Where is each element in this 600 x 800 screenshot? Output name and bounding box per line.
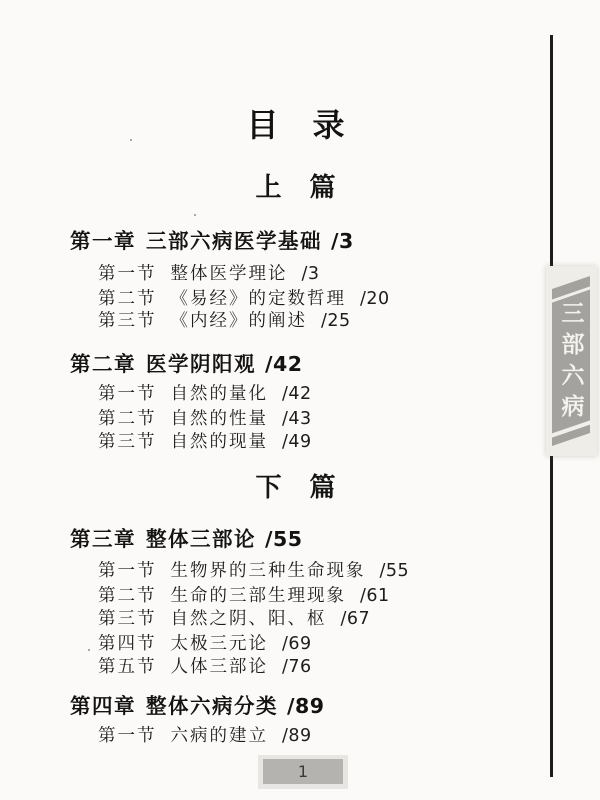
section-title: 整体医学理论 bbox=[171, 264, 288, 284]
book-title-banner: 三部六病 bbox=[552, 276, 590, 446]
section-page-ref: /61 bbox=[360, 586, 390, 606]
section-row: 第四节太极三元论/69 bbox=[98, 634, 312, 655]
page-number-box: 1 bbox=[258, 755, 348, 789]
section-title: 人体三部论 bbox=[171, 657, 269, 677]
section-title: 生物界的三种生命现象 bbox=[171, 561, 366, 581]
section-page-ref: /89 bbox=[282, 726, 312, 746]
section-label: 第三节 bbox=[98, 609, 157, 629]
book-title-banner-backing: 三部六病 bbox=[546, 266, 597, 456]
section-title: 生命的三部生理现象 bbox=[171, 586, 347, 606]
section-page-ref: /3 bbox=[302, 264, 320, 284]
section-label: 第三节 bbox=[98, 432, 157, 452]
section-title: 自然之阴、阳、枢 bbox=[171, 609, 327, 629]
section-title: 自然的性量 bbox=[171, 409, 269, 429]
chapter-2-row: 第二章医学阴阳观/42 bbox=[70, 352, 303, 377]
book-title-vertical-text: 三部六病 bbox=[560, 301, 583, 425]
section-row: 第五节人体三部论/76 bbox=[98, 657, 312, 678]
section-label: 第四节 bbox=[98, 634, 157, 654]
page-title: 目 录 bbox=[0, 109, 592, 141]
section-page-ref: /49 bbox=[282, 432, 312, 452]
section-row: 第三节《内经》的阐述/25 bbox=[98, 311, 351, 332]
chapter-4-row: 第四章整体六病分类/89 bbox=[70, 694, 325, 719]
section-label: 第一节 bbox=[98, 264, 157, 284]
section-title: 太极三元论 bbox=[171, 634, 269, 654]
section-page-ref: /25 bbox=[321, 311, 351, 331]
section-title: 自然的现量 bbox=[171, 432, 269, 452]
section-page-ref: /20 bbox=[360, 289, 390, 309]
chapter-page-ref: /55 bbox=[265, 527, 303, 551]
chapter-title: 医学阴阳观 bbox=[146, 352, 256, 376]
chapter-title: 整体六病分类 bbox=[146, 694, 278, 718]
section-page-ref: /76 bbox=[282, 657, 312, 677]
part-2-heading: 下 篇 bbox=[0, 475, 592, 501]
section-label: 第一节 bbox=[98, 726, 157, 746]
chapter-title: 整体三部论 bbox=[146, 527, 256, 551]
section-label: 第二节 bbox=[98, 586, 157, 606]
chapter-label: 第二章 bbox=[70, 352, 136, 376]
section-label: 第五节 bbox=[98, 657, 157, 677]
section-label: 第二节 bbox=[98, 409, 157, 429]
page-number: 1 bbox=[263, 759, 343, 784]
section-title: 自然的量化 bbox=[171, 384, 269, 404]
chapter-label: 第四章 bbox=[70, 694, 136, 718]
section-row: 第一节六病的建立/89 bbox=[98, 726, 312, 747]
chapter-label: 第一章 bbox=[70, 229, 136, 253]
section-row: 第二节自然的性量/43 bbox=[98, 409, 312, 430]
section-title: 《易经》的定数哲理 bbox=[171, 289, 347, 309]
chapter-label: 第三章 bbox=[70, 527, 136, 551]
section-row: 第一节整体医学理论/3 bbox=[98, 264, 320, 285]
scan-speck bbox=[88, 649, 90, 651]
section-page-ref: /67 bbox=[341, 609, 371, 629]
chapter-page-ref: /42 bbox=[265, 352, 303, 376]
section-label: 第二节 bbox=[98, 289, 157, 309]
chapter-1-row: 第一章三部六病医学基础/3 bbox=[70, 229, 354, 254]
section-row: 第一节自然的量化/42 bbox=[98, 384, 312, 405]
chapter-page-ref: /89 bbox=[287, 694, 325, 718]
section-page-ref: /43 bbox=[282, 409, 312, 429]
section-title: 《内经》的阐述 bbox=[171, 311, 308, 331]
section-title: 六病的建立 bbox=[171, 726, 269, 746]
part-1-heading: 上 篇 bbox=[0, 175, 592, 201]
chapter-3-row: 第三章整体三部论/55 bbox=[70, 527, 303, 552]
section-row: 第一节生物界的三种生命现象/55 bbox=[98, 561, 409, 582]
chapter-page-ref: /3 bbox=[331, 229, 354, 253]
scanned-toc-page: 目 录 上 篇 第一章三部六病医学基础/3 第一节整体医学理论/3 第二节《易经… bbox=[0, 0, 600, 800]
chapter-title: 三部六病医学基础 bbox=[146, 229, 322, 253]
section-label: 第一节 bbox=[98, 384, 157, 404]
section-page-ref: /42 bbox=[282, 384, 312, 404]
section-page-ref: /55 bbox=[380, 561, 410, 581]
section-row: 第二节《易经》的定数哲理/20 bbox=[98, 289, 390, 310]
section-row: 第三节自然之阴、阳、枢/67 bbox=[98, 609, 370, 630]
section-label: 第一节 bbox=[98, 561, 157, 581]
scan-speck bbox=[130, 139, 132, 141]
scan-speck bbox=[194, 214, 196, 216]
section-row: 第三节自然的现量/49 bbox=[98, 432, 312, 453]
section-label: 第三节 bbox=[98, 311, 157, 331]
section-row: 第二节生命的三部生理现象/61 bbox=[98, 586, 390, 607]
section-page-ref: /69 bbox=[282, 634, 312, 654]
